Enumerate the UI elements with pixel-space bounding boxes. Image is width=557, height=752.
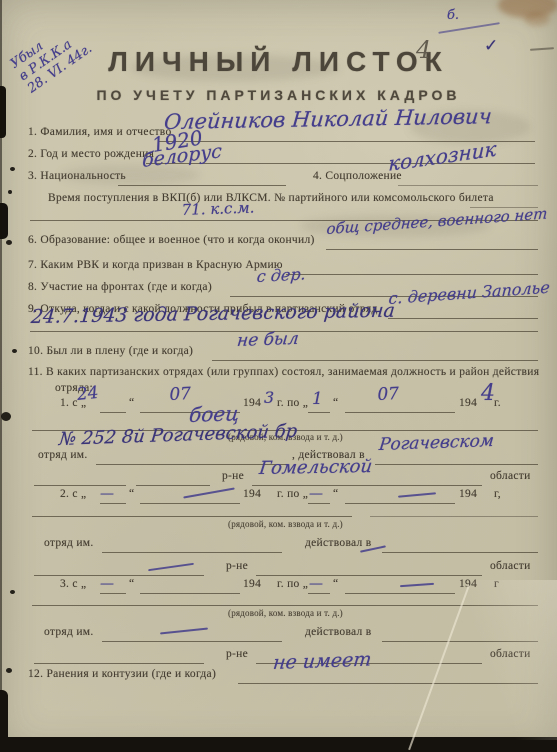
blank-line: [370, 515, 538, 517]
corner-note: Убыл в Р.К.К.а 28. VI. 44г.: [8, 17, 95, 97]
field-education-label: 6. Образование: общее и военное (что и к…: [28, 234, 315, 246]
page-subtitle: ПО УЧЕТУ ПАРТИЗАНСКИХ КАДРОВ: [0, 87, 557, 103]
blank-line: [308, 411, 330, 413]
pen-dash-mark: —: [309, 486, 323, 502]
year-prefix: 194: [243, 397, 261, 409]
entry1-from-month: 07: [169, 384, 192, 405]
blank-line: [382, 640, 538, 642]
blank-line: [100, 411, 126, 413]
underline-stroke: [438, 22, 499, 33]
quote-mark: “: [333, 488, 338, 500]
quote-mark: “: [129, 578, 134, 590]
field-fronts-value: с дер.: [256, 264, 307, 286]
field-party-label: Время поступления в ВКП(б) или ВЛКСМ. № …: [48, 192, 494, 204]
blank-line: [34, 574, 204, 576]
blank-line: [345, 502, 455, 504]
pen-stroke: [398, 492, 436, 497]
pen-stroke: [160, 627, 208, 634]
entry3-num: 3. с „: [60, 578, 86, 590]
pen-dash-mark: —: [100, 486, 114, 502]
blank-line: [286, 273, 538, 275]
blank-line: [308, 592, 330, 594]
entry1-from-day: 24: [76, 383, 100, 405]
field-arrival-value: с. деревни Заполье: [388, 278, 550, 308]
blank-line: [136, 484, 210, 486]
scan-edge: [0, 737, 557, 752]
quote-mark: “: [333, 397, 338, 409]
blank-line: [100, 592, 126, 594]
year-prefix: 194: [459, 578, 477, 590]
scan-speck: [1, 412, 11, 421]
scan-speck: [10, 590, 15, 594]
blank-line: [388, 317, 538, 319]
field-captivity-value: не был: [236, 329, 300, 351]
blank-line: [34, 662, 204, 664]
rust-stain: [524, 12, 550, 26]
pen-stroke: [183, 488, 235, 499]
position-hint: (рядовой, ком. взвода и т. д.): [228, 608, 343, 618]
blank-line: [252, 484, 482, 486]
blank-line: [382, 551, 538, 553]
paper-crease: [408, 585, 470, 750]
scan-speck: [6, 668, 12, 673]
scan-edge: [0, 690, 8, 752]
entry1-otryad-value: № 252 8й Рогачевской бр: [58, 421, 298, 450]
g-plain-label: г: [494, 578, 499, 590]
entry1-to-day: 1: [312, 389, 323, 409]
blank-line: [326, 248, 538, 250]
blank-line: [345, 592, 455, 594]
field-fronts-label: 8. Участие на фронтах (где и когда): [28, 281, 212, 293]
blank-line: [100, 502, 126, 504]
pen-dash-mark: —: [309, 576, 323, 592]
field-nationality-label: 3. Национальность: [28, 170, 126, 182]
oblast-label: области: [490, 470, 531, 482]
acted-plain-label: действовал в: [305, 626, 371, 638]
pen-stroke: [400, 583, 434, 587]
field-wounds-value: не имеет: [272, 648, 373, 674]
g-comma-label: г,: [494, 488, 501, 500]
field-party-value: 71. к.с.м.: [181, 198, 254, 219]
check-mark: ✓: [484, 36, 498, 56]
blank-line: [140, 502, 240, 504]
entry1-to-year-digit: 4: [481, 381, 495, 406]
otryad-label: отряд им.: [44, 537, 94, 549]
blank-line: [118, 184, 286, 186]
quote-mark: “: [333, 578, 338, 590]
field-birth-label: 2. Год и место рождения: [28, 148, 154, 160]
year-prefix: 194: [459, 397, 477, 409]
scan-edge: [0, 0, 2, 752]
year-prefix: 194: [243, 578, 261, 590]
year-prefix: 194: [459, 488, 477, 500]
field-captivity-label: 10. Был ли в плену (где и когда): [28, 345, 193, 357]
scan-speck: [12, 349, 17, 353]
blank-line: [375, 463, 538, 465]
blank-line: [140, 592, 240, 594]
entry1-acted-value: Рогачевском: [378, 431, 495, 455]
quote-mark: “: [129, 488, 134, 500]
otryad-label: отряд им.: [38, 449, 88, 461]
g-po-label: г. по „: [277, 488, 308, 500]
blank-line: [102, 551, 282, 553]
blank-line: [308, 502, 330, 504]
entry1-from-year-digit: 3: [264, 388, 274, 407]
scan-speck: [10, 167, 15, 171]
scan-speck: [8, 190, 12, 194]
pen-dash-mark: —: [100, 576, 114, 592]
pen-stroke: [148, 563, 194, 571]
oblast-label: области: [490, 560, 531, 572]
g-label: г.: [494, 397, 501, 409]
g-po-label: г. по „: [277, 578, 308, 590]
blank-line: [212, 359, 538, 361]
pencil-numeral: 4: [416, 36, 431, 64]
blank-line: [398, 184, 538, 186]
entry1-to-month: 07: [377, 384, 400, 405]
field-social-value: колхозник: [388, 136, 497, 176]
blank-line: [32, 604, 538, 606]
g-po-label: г. по „: [277, 397, 308, 409]
blank-line: [32, 515, 352, 517]
acted-plain-label: действовал в: [305, 537, 371, 549]
blank-line: [238, 682, 538, 684]
entry2-num: 2. с „: [60, 488, 86, 500]
oblast-label: области: [490, 648, 531, 660]
year-prefix: 194: [243, 488, 261, 500]
rne-label: р-не: [226, 560, 248, 572]
entry1-district-value: Гомельской: [258, 456, 373, 479]
scanned-form-page: ЛИЧНЫЙ ЛИСТОК ПО УЧЕТУ ПАРТИЗАНСКИХ КАДР…: [0, 0, 557, 752]
field-wounds-label: 12. Ранения и контузии (где и когда): [28, 668, 216, 680]
rne-label: р-не: [222, 470, 244, 482]
blank-line: [102, 640, 282, 642]
position-hint: (рядовой, ком. взвода и т. д.): [228, 519, 343, 529]
quote-mark: “: [129, 397, 134, 409]
field-service-label: 11. В каких партизанских отрядах (или гр…: [28, 366, 539, 378]
scan-speck: [6, 240, 12, 245]
top-right-letter-mark: б.: [447, 8, 459, 23]
blank-line: [256, 574, 482, 576]
field-rvk-label: 7. Каким РВК и когда призван в Красную А…: [28, 259, 283, 271]
rne-label: р-не: [226, 648, 248, 660]
otryad-label: отряд им.: [44, 626, 94, 638]
blank-line: [345, 411, 455, 413]
